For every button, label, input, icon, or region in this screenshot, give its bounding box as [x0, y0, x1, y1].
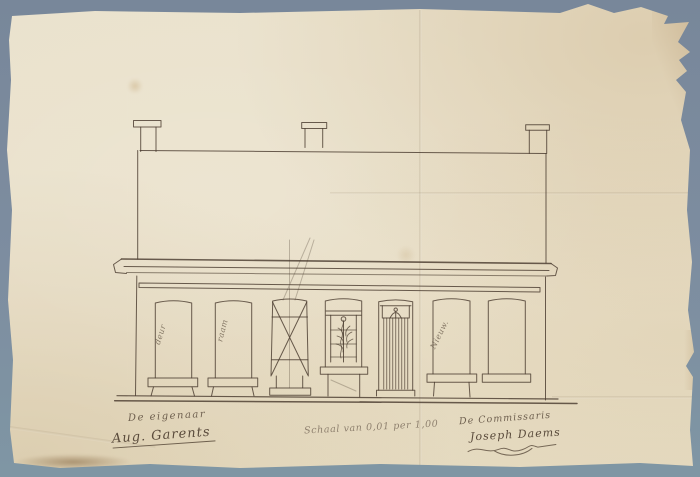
door-panel-stripes — [384, 318, 408, 389]
chimney-right — [526, 125, 550, 154]
ground-line — [115, 396, 577, 404]
shop-window — [320, 299, 367, 397]
chimney-middle — [302, 123, 327, 148]
cornice — [114, 259, 558, 292]
paper-sheet: De eigenaar Aug. Garents Schaal van 0,01… — [0, 0, 700, 477]
shop-window-plant-scribble — [336, 320, 353, 358]
shop-window-sill — [320, 367, 367, 374]
chimney-left — [134, 121, 162, 152]
window-6 — [482, 299, 530, 383]
window-2-sill — [208, 378, 258, 387]
facade-elevation-drawing — [0, 0, 700, 477]
wall-right — [546, 154, 547, 401]
window-6-sill — [482, 374, 530, 382]
window-1-sill — [148, 378, 198, 387]
opening-with-x-brace — [270, 299, 311, 395]
opening-plinth — [270, 388, 311, 395]
scanned-drawing-background: De eigenaar Aug. Garents Schaal van 0,01… — [0, 0, 700, 477]
window-5-sill — [427, 374, 477, 382]
signature-paraph-flourish — [466, 439, 562, 458]
entrance-door — [377, 300, 415, 396]
roof-line — [140, 151, 546, 154]
window-1 — [148, 301, 198, 396]
window-2 — [208, 301, 258, 396]
